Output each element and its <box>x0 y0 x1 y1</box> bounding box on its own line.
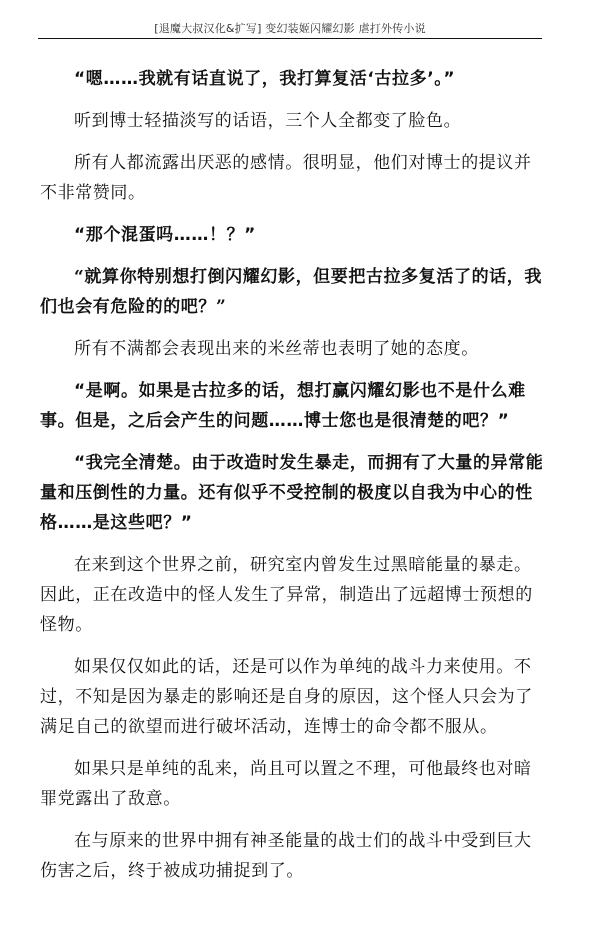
paragraph-narration: 如果只是单纯的乱来，尚且可以置之不理，可他最终也对暗罪党露出了敌意。 <box>40 754 546 814</box>
paragraph-narration: 所有不满都会表现出来的米丝蒂也表明了她的态度。 <box>40 334 546 364</box>
paragraph-dialogue: “就算你特别想打倒闪耀幻影，但要把古拉多复活了的话，我们也会有危险的的吧？” <box>40 262 546 322</box>
document-body: “嗯……我就有话直说了，我打算复活‘古拉多’。” 听到博士轻描淡写的话语，三个人… <box>40 64 546 898</box>
paragraph-dialogue: “我完全清楚。由于改造时发生暴走，而拥有了大量的异常能量和压倒性的力量。还有似乎… <box>40 448 546 538</box>
paragraph-dialogue: “嗯……我就有话直说了，我打算复活‘古拉多’。” <box>40 64 546 94</box>
paragraph-narration: 所有人都流露出厌恶的感情。很明显，他们对博士的提议并不非常赞同。 <box>40 148 546 208</box>
document-title: [退魔大叔汉化&扩写] 变幻装姬闪耀幻影 虐打外传小说 <box>38 22 542 35</box>
paragraph-narration: 在与原来的世界中拥有神圣能量的战士们的战斗中受到巨大伤害之后，终于被成功捕捉到了… <box>40 826 546 886</box>
paragraph-narration: 在来到这个世界之前，研究室内曾发生过黑暗能量的暴走。因此，正在改造中的怪人发生了… <box>40 550 546 640</box>
page-header: [退魔大叔汉化&扩写] 变幻装姬闪耀幻影 虐打外传小说 <box>38 0 542 39</box>
paragraph-dialogue: “是啊。如果是古拉多的话，想打赢闪耀幻影也不是什么难事。但是，之后会产生的问题…… <box>40 376 546 436</box>
paragraph-dialogue: “那个混蛋吗……！？” <box>40 220 546 250</box>
paragraph-narration: 如果仅仅如此的话，还是可以作为单纯的战斗力来使用。不过，不知是因为暴走的影响还是… <box>40 652 546 742</box>
paragraph-narration: 听到博士轻描淡写的话语，三个人全都变了脸色。 <box>40 106 546 136</box>
